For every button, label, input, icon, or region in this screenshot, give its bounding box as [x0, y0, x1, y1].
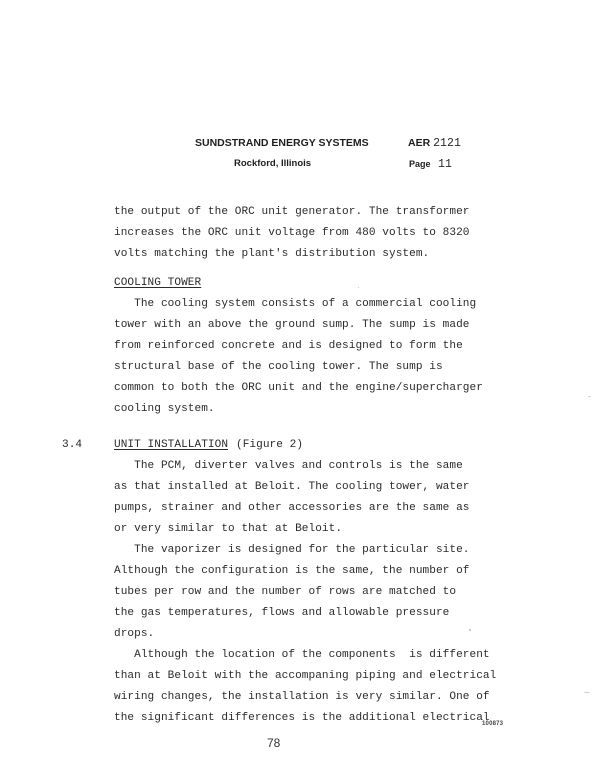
scan-speck: [358, 287, 359, 288]
paragraph-line: than at Beloit with the accompaning pipi…: [114, 670, 496, 682]
cooling-tower-heading: COOLING TOWER: [114, 277, 201, 289]
paragraph-line: The vaporizer is designed for the partic…: [114, 544, 470, 556]
paragraph-line: wiring changes, the installation is very…: [114, 691, 490, 703]
intro-line: the output of the ORC unit generator. Th…: [114, 206, 470, 218]
scan-speck: [584, 692, 590, 693]
paragraph-line: Although the location of the components …: [114, 649, 490, 661]
paragraph-line: The PCM, diverter valves and controls is…: [114, 460, 463, 472]
company-name: SUNDSTRAND ENERGY SYSTEMS: [195, 137, 369, 149]
figure-reference: (Figure 2): [236, 439, 303, 451]
document-id: 100873: [482, 721, 503, 727]
paragraph-line: structural base of the cooling tower. Th…: [114, 361, 443, 373]
paragraph-line: Although the configuration is the same, …: [114, 565, 470, 577]
page-label: Page: [409, 159, 431, 169]
section-number: 3.4: [62, 439, 82, 451]
paragraph-line: common to both the ORC unit and the engi…: [114, 382, 483, 394]
paragraph-line: or very similar to that at Beloit.: [114, 523, 342, 535]
scan-speck: [469, 629, 471, 631]
header-page-number: 11: [438, 158, 452, 171]
paragraph-line: tower with an above the ground sump. The…: [114, 319, 470, 331]
report-number: 2121: [433, 137, 461, 150]
page-reference: Page 11: [409, 158, 452, 171]
paragraph-line: the gas temperatures, flows and allowabl…: [114, 607, 449, 619]
footer-page-number: 78: [267, 736, 280, 750]
paragraph-line: the significant differences is the addit…: [114, 712, 490, 724]
report-label: AER: [408, 137, 430, 149]
report-id: AER 2121: [408, 137, 461, 150]
intro-line: increases the ORC unit voltage from 480 …: [114, 227, 470, 239]
paragraph-line: from reinforced concrete and is designed…: [114, 340, 463, 352]
paragraph-line: pumps, strainer and other accessories ar…: [114, 502, 470, 514]
company-location: Rockford, Illinois: [234, 158, 311, 169]
scan-speck: [588, 396, 591, 397]
unit-installation-heading: UNIT INSTALLATION: [114, 439, 228, 451]
paragraph-line: cooling system.: [114, 403, 215, 415]
paragraph-line: tubes per row and the number of rows are…: [114, 586, 456, 598]
paragraph-line: drops.: [114, 628, 154, 640]
paragraph-line: as that installed at Beloit. The cooling…: [114, 481, 470, 493]
intro-line: volts matching the plant's distribution …: [114, 248, 429, 260]
paragraph-line: The cooling system consists of a commerc…: [114, 298, 476, 310]
